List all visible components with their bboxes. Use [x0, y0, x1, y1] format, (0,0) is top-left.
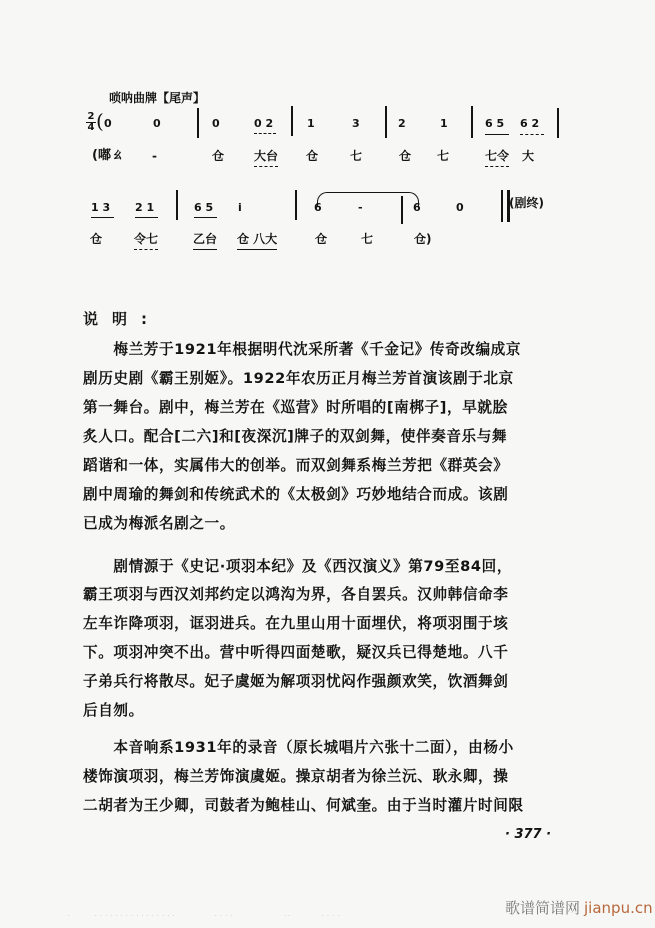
- barline: [401, 196, 403, 224]
- note: 0: [104, 118, 112, 130]
- note: 3: [352, 118, 360, 130]
- percussion-syllable: -: [152, 150, 157, 162]
- end-marking: (剧终): [509, 194, 544, 211]
- note: i: [238, 202, 242, 214]
- scan-artifact: ·: [68, 913, 70, 919]
- text-line: 蹈谐和一体，实属伟大的创举。而双剑舞系梅兰芳把《群英会》: [83, 457, 563, 475]
- text-line: 左车诈降项羽，诓羽进兵。在九里山用十面埋伏，将项羽围于垓: [83, 615, 563, 633]
- underline: [485, 134, 509, 135]
- underline: [485, 166, 509, 167]
- barline: [471, 106, 473, 138]
- underline: [254, 133, 276, 134]
- percussion-syllable: (嘟ㄠ: [92, 150, 124, 162]
- tie-slur: [317, 192, 419, 207]
- underline: [134, 249, 158, 250]
- barline: [291, 106, 293, 136]
- text-line: 炙人口。配合[二六]和[夜深沉]牌子的双剑舞，使伴奏音乐与舞: [83, 428, 563, 446]
- percussion-syllable: 仓: [399, 150, 411, 162]
- barline: [295, 190, 297, 220]
- score-title: 唢呐曲牌【尾声】: [109, 89, 205, 106]
- underline: [194, 217, 217, 218]
- watermark: 歌谱简谱网jianpu.cn: [505, 897, 653, 918]
- note: 6: [413, 202, 421, 214]
- note: 1 3: [91, 202, 110, 214]
- text-line: 剧中周瑜的舞剑和传统武术的《太极剑》巧妙地结合而成。该剧: [83, 486, 563, 504]
- note: 0: [212, 118, 220, 130]
- watermark-site: jianpu.cn: [584, 899, 653, 917]
- note: 6 2: [520, 118, 539, 130]
- underline: [254, 166, 278, 167]
- note: 6 5: [194, 202, 213, 214]
- percussion-syllable: 七: [437, 150, 449, 162]
- percussion-syllable: 仓): [414, 233, 432, 245]
- percussion-syllable: 大: [522, 150, 534, 162]
- text-line: 下。项羽冲突不出。营中听得四面楚歌，疑汉兵已得楚地。八千: [83, 644, 563, 662]
- text-line: 已成为梅派名剧之一。: [83, 515, 563, 533]
- note: 1: [440, 118, 448, 130]
- text-line: 霸王项羽与西汉刘邦约定以鸿沟为界，各自罢兵。汉帅韩信命李: [83, 586, 563, 604]
- note: 2: [398, 118, 406, 130]
- barline: [176, 190, 178, 220]
- text-line: 本音响系1931年的录音（原长城唱片六张十二面），由杨小: [83, 739, 563, 757]
- note: 6: [314, 202, 322, 214]
- text-line: 剧情源于《史记·项羽本纪》及《西汉演义》第79至84回，: [83, 558, 563, 576]
- percussion-syllable: 大台: [254, 150, 278, 162]
- section-heading: 说明:: [83, 308, 161, 329]
- percussion-syllable: 七: [361, 233, 373, 245]
- text-line: 第一舞台。剧中，梅兰芳在《巡营》时所唱的[南梆子]，早就脍: [83, 399, 563, 417]
- underline: [91, 217, 114, 218]
- underline: [135, 217, 158, 218]
- percussion-syllable: 乙台: [193, 233, 217, 245]
- note: 2 1: [135, 202, 154, 214]
- text-line: 后自刎。: [83, 702, 563, 720]
- percussion-syllable: 仓: [90, 233, 102, 245]
- scan-artifact: · · · ·: [215, 913, 233, 919]
- percussion-syllable: 仓 八大: [237, 233, 277, 245]
- scan-artifact: · · · · · · · · · · · · · · · ·: [95, 913, 175, 919]
- text-line: 梅兰芳于1921年根据明代沈采所著《千金记》传奇改编成京: [83, 341, 563, 359]
- text-line: 剧历史剧《霸王别姬》。1922年农历正月梅兰芳首演该剧于北京: [83, 370, 563, 388]
- percussion-syllable: 仓: [306, 150, 318, 162]
- percussion-syllable: 仓: [212, 150, 224, 162]
- percussion-syllable: 七: [350, 150, 362, 162]
- underline: [237, 249, 277, 250]
- text-line: 二胡者为王少卿，司鼓者为鲍桂山、何斌奎。由于当时灌片时间限: [83, 797, 563, 815]
- note: 6 5: [485, 118, 504, 130]
- scan-artifact: · ·: [285, 913, 290, 919]
- note: -: [358, 202, 363, 214]
- percussion-syllable: 仓: [315, 233, 327, 245]
- note: 1: [307, 118, 315, 130]
- percussion-syllable: 令七: [134, 233, 158, 245]
- page-number: · 377 ·: [505, 827, 551, 842]
- time-signature-bottom: 4: [88, 122, 95, 133]
- time-signature-top: 2: [88, 111, 95, 122]
- percussion-syllable: 七令: [485, 150, 509, 162]
- text-line: 子弟兵行将散尽。妃子虞姬为解项羽忧闷作强颜欢笑，饮酒舞剑: [83, 673, 563, 691]
- note: 0: [153, 118, 161, 130]
- barline: [197, 108, 199, 138]
- note: 0: [456, 202, 464, 214]
- watermark-cn: 歌谱简谱网: [505, 899, 580, 917]
- document-page: 唢呐曲牌【尾声】 2 4 ( 0 0 0 0 2 1 3 2 1 6 5 6 2…: [0, 0, 655, 928]
- barline: [557, 108, 559, 138]
- barline: [385, 106, 387, 138]
- underline: [520, 134, 544, 135]
- underline: [193, 249, 217, 250]
- opening-paren: (: [96, 111, 104, 131]
- note: 0 2: [254, 118, 273, 130]
- text-line: 楼饰演项羽，梅兰芳饰演虞姬。操京胡者为徐兰沅、耿永卿，操: [83, 768, 563, 786]
- scan-artifact: · · · ·: [322, 913, 340, 919]
